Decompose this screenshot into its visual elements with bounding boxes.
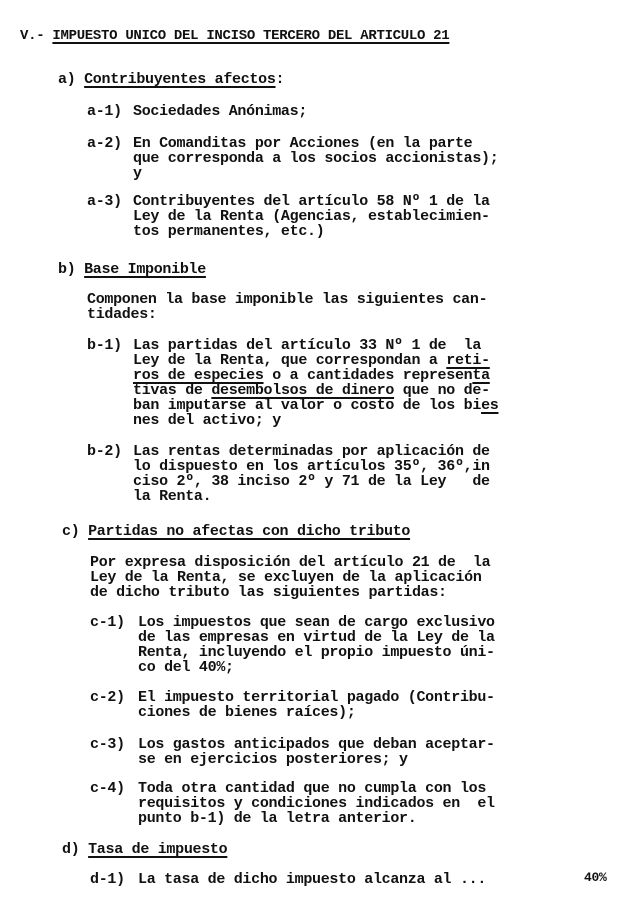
section-a-heading: Contribuyentes afectos (84, 71, 275, 88)
section-b-label: b) (58, 261, 84, 278)
section-c-intro: de dicho tributo las siguientes partidas… (90, 585, 447, 601)
item-a3-line: tos permanentes, etc.) (133, 224, 324, 240)
item-c1-label: c-1) (90, 615, 125, 631)
item-a2-line: y (133, 166, 142, 182)
section-c-title: c) Partidas no afectas con dicho tributo (62, 524, 410, 540)
section-b-heading: Base Imponible (84, 261, 206, 278)
item-c3-label: c-3) (90, 737, 125, 753)
item-a1-line: Sociedades Anónimas; (133, 104, 307, 120)
section-d-title: d) Tasa de impuesto (62, 842, 227, 858)
item-a1-label: a-1) (87, 104, 122, 120)
item-b2-line: la Renta. (133, 489, 211, 505)
section-c-heading: Partidas no afectas con dicho tributo (88, 523, 410, 540)
underlined-text: es (481, 397, 498, 414)
item-d1-label: d-1) (90, 872, 125, 888)
item-c4-line: punto b-1) de la letra anterior. (138, 811, 416, 827)
section-b-intro: tidades: (87, 307, 157, 323)
item-a3-label: a-3) (87, 194, 122, 210)
item-b2-label: b-2) (87, 444, 122, 460)
section-heading: V.- IMPUESTO UNICO DEL INCISO TERCERO DE… (20, 28, 449, 44)
item-b1-label: b-1) (87, 338, 122, 354)
section-c-label: c) (62, 523, 88, 540)
item-d1-rate: 40% (584, 870, 607, 886)
item-a2-label: a-2) (87, 136, 122, 152)
item-a2-line: que corresponda a los socios accionistas… (133, 151, 498, 167)
item-c1-line: co del 40%; (138, 660, 234, 676)
section-a-title: a) Contribuyentes afectos: (58, 72, 284, 88)
item-d1-text: La tasa de dicho impuesto alcanza al ... (138, 872, 486, 888)
item-c2-label: c-2) (90, 690, 125, 706)
section-a-label: a) (58, 71, 84, 88)
item-b1-line: nes del activo; y (133, 413, 281, 429)
heading-title: IMPUESTO UNICO DEL INCISO TERCERO DEL AR… (52, 28, 449, 44)
section-b-title: b) Base Imponible (58, 262, 206, 278)
section-d-label: d) (62, 841, 88, 858)
item-c3-line: se en ejercicios posteriores; y (138, 752, 408, 768)
section-a-colon: : (276, 71, 285, 88)
item-c2-line: ciones de bienes raíces); (138, 705, 356, 721)
section-d-heading: Tasa de impuesto (88, 841, 227, 858)
item-c4-label: c-4) (90, 781, 125, 797)
heading-number: V.- (20, 28, 52, 44)
